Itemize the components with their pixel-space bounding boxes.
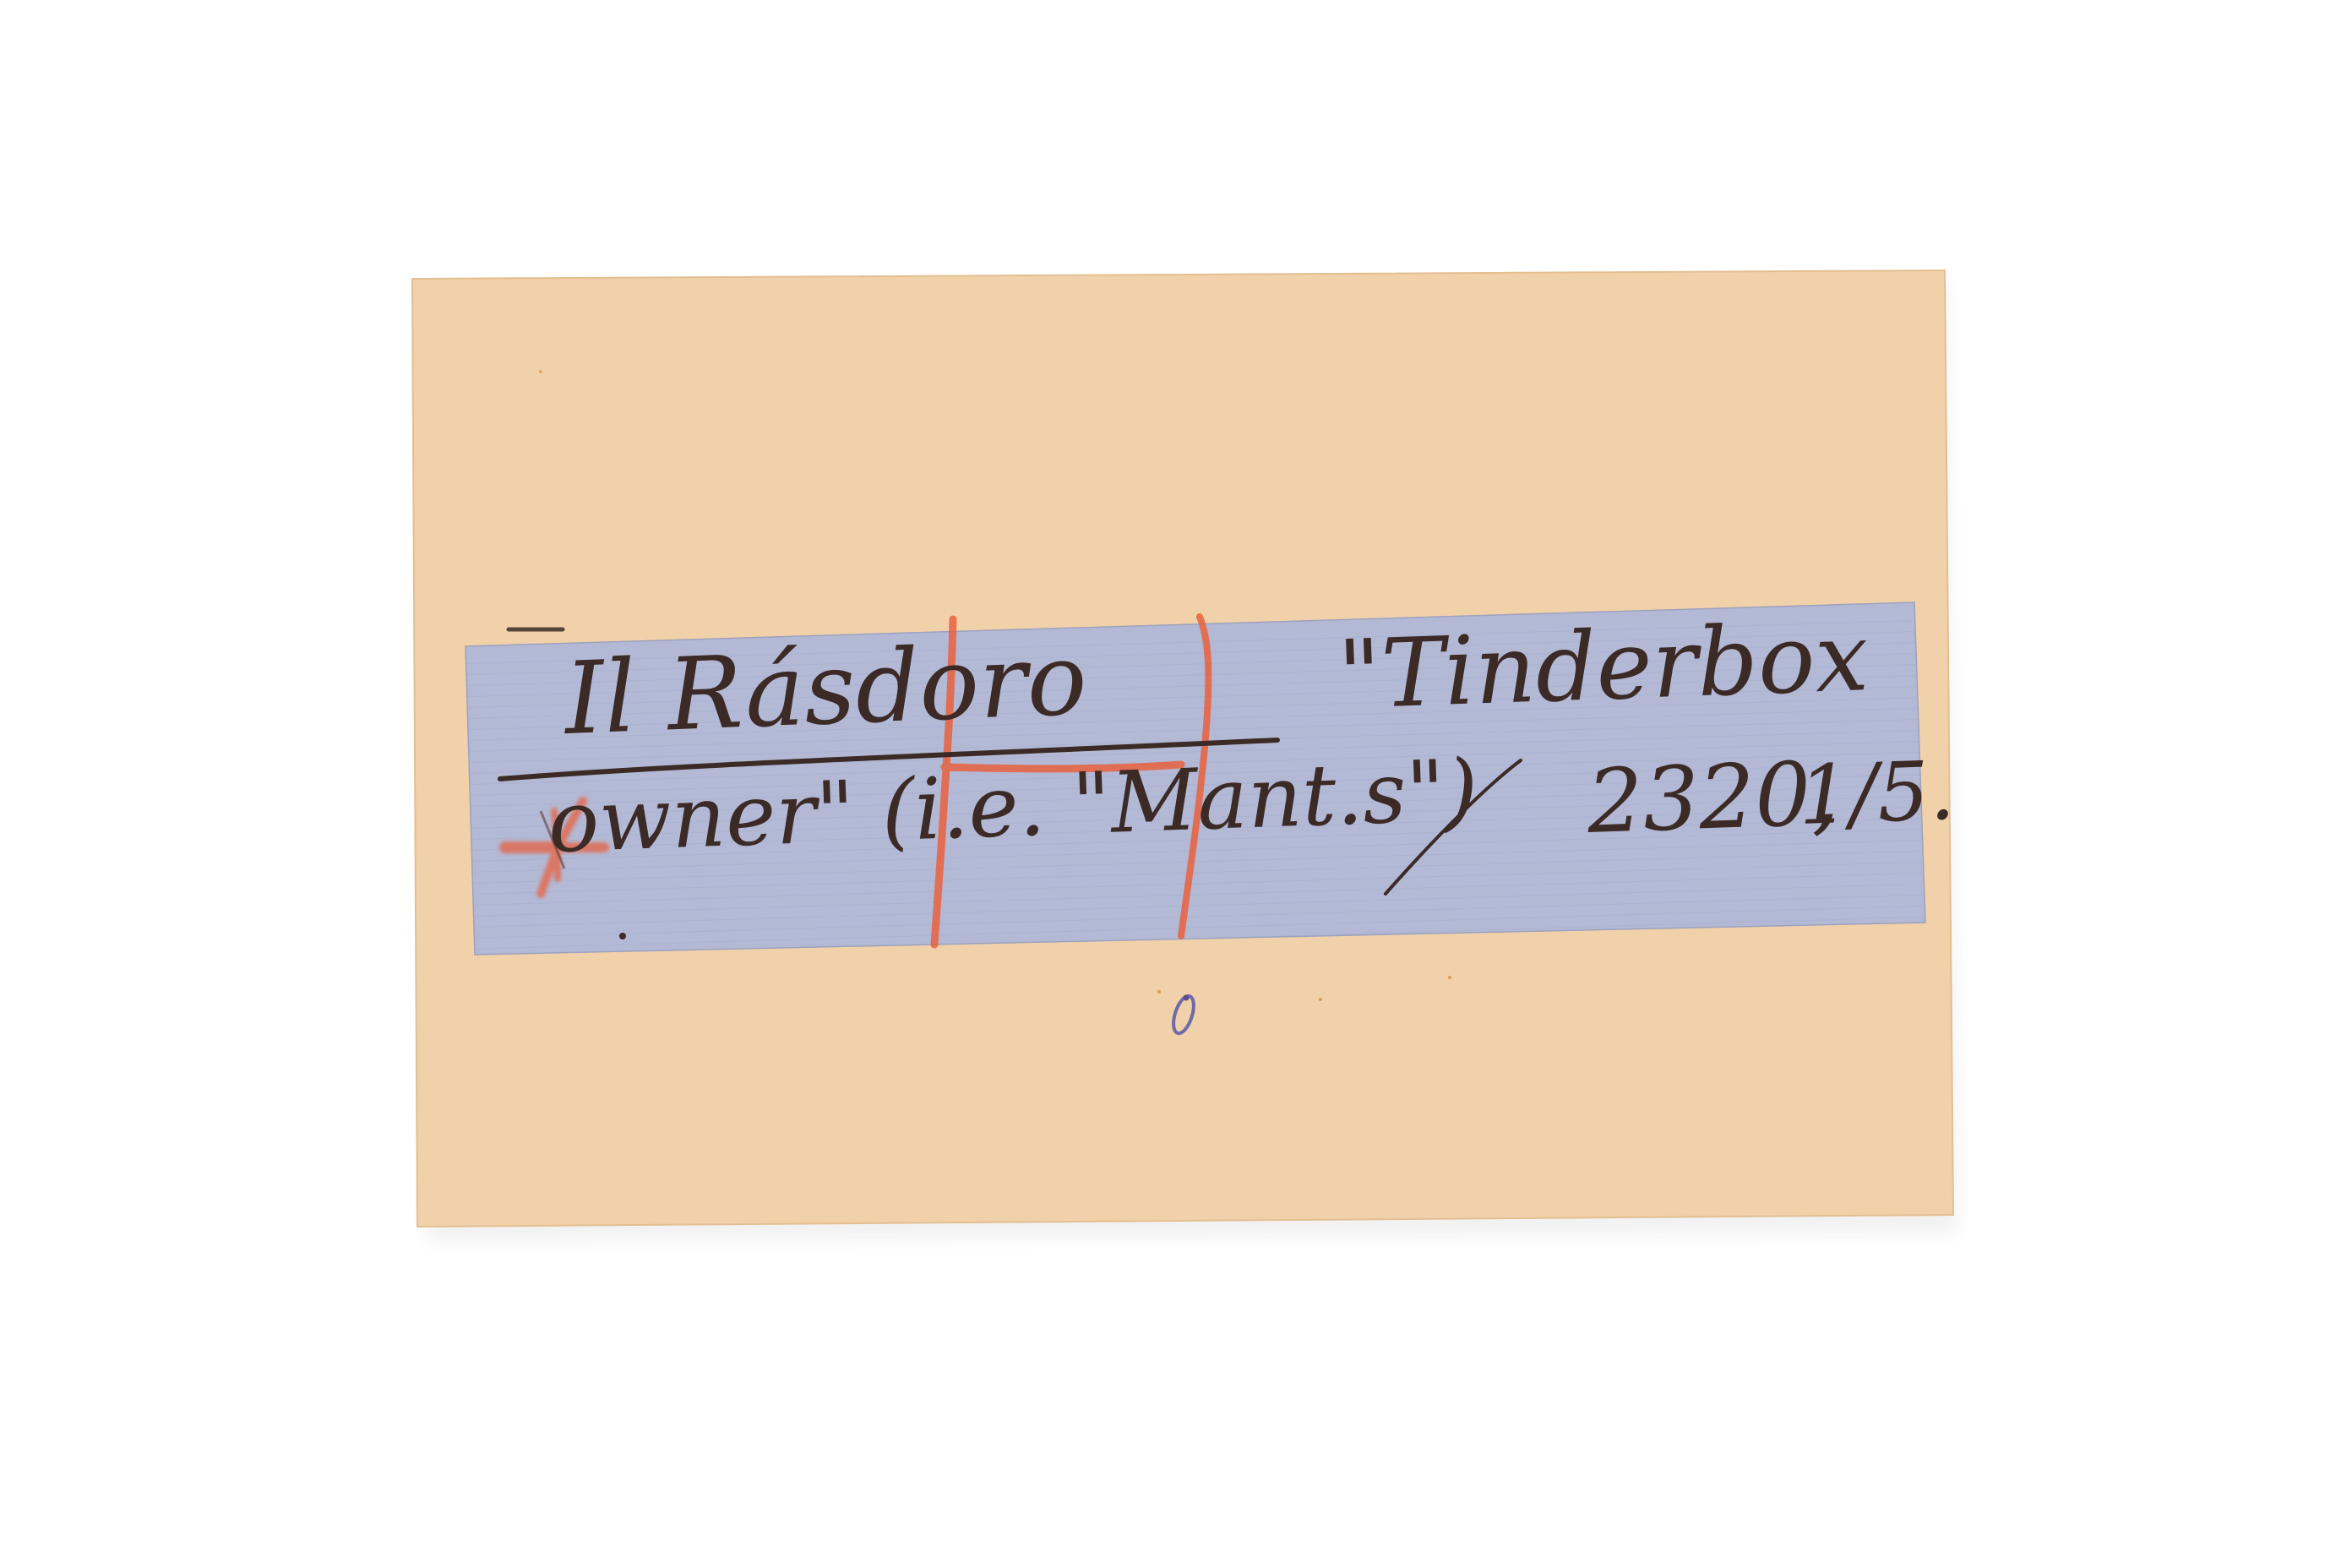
slip-line1-quote: "Tinderbox <box>1336 602 1870 731</box>
manuscript-slip: Il Rásdoro "Tinderbox owner" (i.e. "Mant… <box>456 602 1957 983</box>
ink-dot <box>619 933 626 939</box>
slip-line2-fraction: 1/5. <box>1797 743 1957 843</box>
document-scene: Il Rásdoro "Tinderbox owner" (i.e. "Mant… <box>0 0 2352 1568</box>
photo-stage: Il Rásdoro "Tinderbox owner" (i.e. "Mant… <box>0 0 2352 1568</box>
slip-line1-title: Il Rásdoro <box>561 620 1089 757</box>
